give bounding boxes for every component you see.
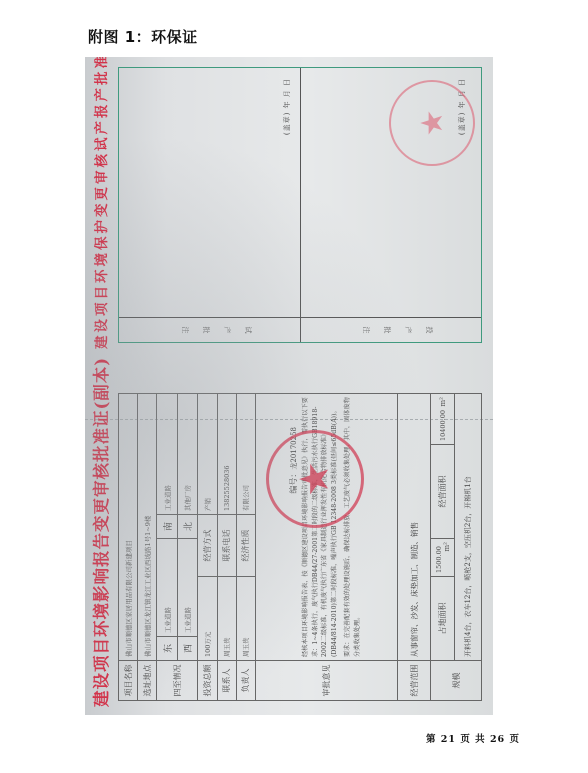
page-footer: 第 21 页 共 26 页 [426, 731, 520, 745]
approval-text-2: 要求：在完善配套有效的处理设施后，确保达标排放，工艺废气必须收集处理，其中，固体… [341, 397, 364, 657]
south-value: 工业道路 [157, 394, 177, 515]
business-scope-value: 从事窗帘、沙发、床垫加工、制造、销售 [397, 394, 431, 661]
row-responsible: 负责人 周玉贵 经济性质 有限公司 [236, 394, 255, 701]
approval-seal-stamp: ★ [266, 430, 364, 528]
responsible-label: 负责人 [236, 661, 255, 701]
row-surroundings-2: 西 工业道路 北 其他厂房 [177, 394, 197, 701]
star-icon: ★ [415, 110, 450, 137]
economic-type-label: 经济性质 [236, 515, 255, 577]
south-label: 南 [157, 515, 177, 539]
north-value: 其他厂房 [177, 394, 197, 515]
economic-type-value: 有限公司 [236, 394, 255, 515]
north-label: 北 [177, 515, 197, 539]
certificate-frame: 项目名称 佛山市顺德区家居用品有限公司新建项目 选址地点 佛山市顺德区龙江镇龙江… [118, 393, 482, 701]
business-area-label: 经营面积 [431, 445, 455, 539]
star-icon: ★ [292, 461, 338, 497]
land-area-label: 占地面积 [431, 577, 455, 661]
page-heading: 附图 1：环保证 [88, 26, 198, 47]
equipment-value: 开料机4台，衣车12台，喷枪2支，空压机2台，开棉机1台 [455, 394, 482, 661]
contact-person-label: 联系人 [217, 661, 236, 701]
project-name-label: 项目名称 [119, 661, 138, 701]
investment-value: 100万元 [198, 577, 217, 661]
scale-label: 规模 [431, 661, 482, 701]
approval-label: 审批意见 [255, 661, 397, 701]
contact-phone-value: 13825528036 [217, 394, 236, 515]
operation-mode-value: 产销 [198, 394, 217, 515]
contact-phone-label: 联系电话 [217, 515, 236, 577]
trial-section-date: (盖章) 年 月 日 [282, 78, 292, 135]
east-label: 东 [157, 637, 177, 661]
project-name-value: 佛山市顺德区家居用品有限公司新建项目 [119, 394, 138, 661]
contact-person-value: 周玉贵 [217, 577, 236, 661]
west-value: 工业道路 [177, 539, 197, 637]
location-label: 选址地点 [138, 661, 157, 701]
approval-content: 编号：龙20170258 经核本项目环境影响报告表，按《顺德区建设项目环境影响报… [255, 394, 397, 661]
business-area-value: 10400.00 m² [431, 394, 455, 445]
production-section: 投产批注 (盖章) 年 月 日 ★ [300, 68, 481, 342]
east-value: 工业道路 [157, 539, 177, 637]
production-section-label: 投产批注 [300, 317, 481, 342]
west-label: 西 [177, 637, 197, 661]
trial-section-label: 试产批注 [119, 317, 300, 342]
location-value: 佛山市顺德区龙江镇龙江工业区西坡路1号1~9楼 [138, 394, 157, 661]
certificate-table: 项目名称 佛山市顺德区家居用品有限公司新建项目 选址地点 佛山市顺德区龙江镇龙江… [118, 393, 482, 701]
trial-production-form: 建设项目环境保护变更审核试产报产批准表 试产批注 (盖章) 年 月 日 投产批注… [88, 61, 490, 349]
row-location: 选址地点 佛山市顺德区龙江镇龙江工业区西坡路1号1~9楼 [138, 394, 157, 701]
operation-mode-label: 经营方式 [198, 515, 217, 577]
row-equipment: 开料机4台，衣车12台，喷枪2支，空压机2台，开棉机1台 [455, 394, 482, 701]
surroundings-label: 四至情况 [157, 661, 198, 701]
official-seal-stamp: ★ [389, 80, 475, 166]
trial-form-frame: 试产批注 (盖章) 年 月 日 投产批注 (盖章) 年 月 日 ★ [118, 67, 482, 343]
responsible-value: 周玉贵 [236, 577, 255, 661]
trial-section: 试产批注 (盖章) 年 月 日 [119, 68, 301, 342]
trial-form-title: 建设项目环境保护变更审核试产报产批准表 [88, 61, 116, 349]
row-area: 规模 占地面积 1500.00 m² 经营面积 10400.00 m² [431, 394, 455, 701]
business-scope-label: 经营范围 [397, 661, 431, 701]
row-investment: 投资总额 100万元 经营方式 产销 [198, 394, 217, 701]
row-contact: 联系人 周玉贵 联系电话 13825528036 [217, 394, 236, 701]
eia-certificate: 建设项目环境影响报告变更审核批准证(副本) 项目名称 佛山市顺德区家居用品有限公… [88, 387, 490, 707]
land-area-value: 1500.00 m² [431, 539, 455, 577]
investment-label: 投资总额 [198, 661, 217, 701]
row-surroundings-1: 四至情况 东 工业道路 南 工业道路 [157, 394, 177, 701]
row-business-scope: 经营范围 从事窗帘、沙发、床垫加工、制造、销售 [397, 394, 431, 701]
row-project-name: 项目名称 佛山市顺德区家居用品有限公司新建项目 [119, 394, 138, 701]
certificate-photo: 建设项目环境保护变更审核试产报产批准表 试产批注 (盖章) 年 月 日 投产批注… [85, 57, 493, 715]
certificate-title: 建设项目环境影响报告变更审核批准证(副本) [88, 387, 116, 707]
row-approval: 审批意见 编号：龙20170258 经核本项目环境影响报告表，按《顺德区建设项目… [255, 394, 397, 701]
